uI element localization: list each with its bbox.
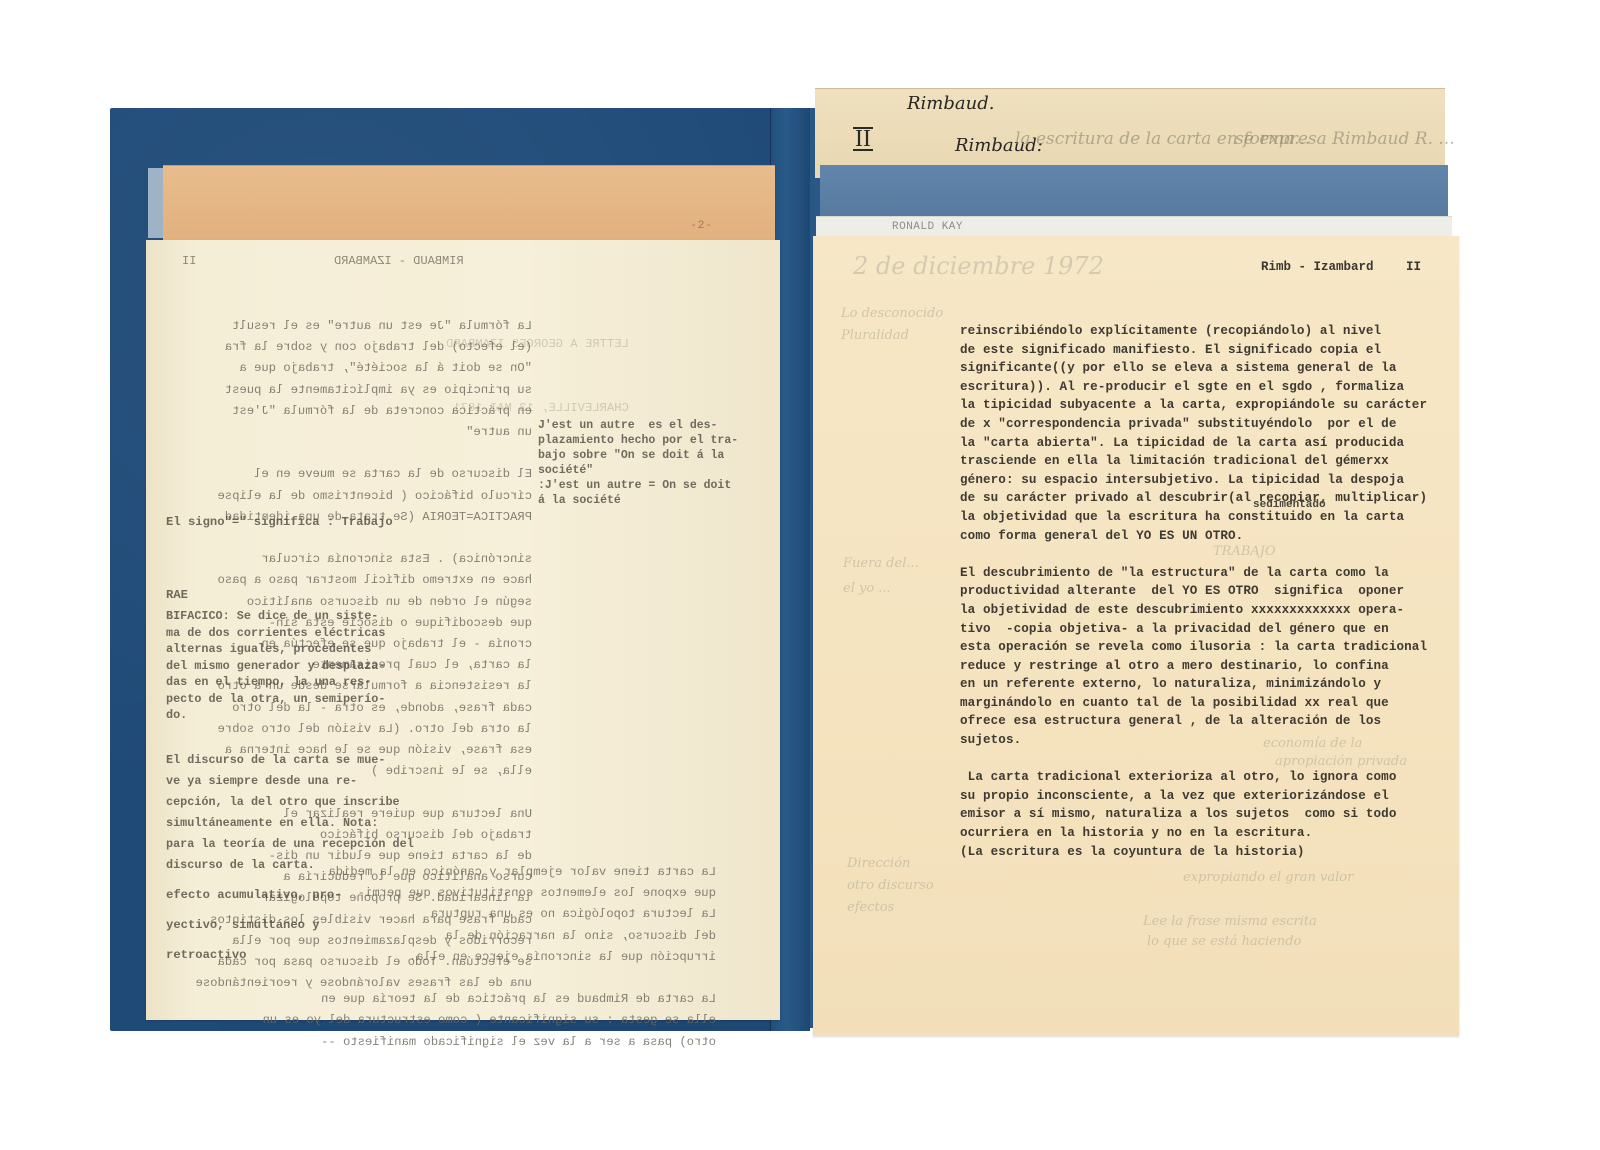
typed-line: ofrece esa estructura general , de la al… — [960, 712, 1440, 731]
text-line: ma de dos corrientes eléctricas — [166, 625, 385, 642]
mirrored-page-title: RIMBAUD - IZAMBARD — [334, 254, 464, 268]
typed-line: de este significado manifiesto. El signi… — [960, 341, 1440, 360]
typed-line: la objetividad que la escritura ha const… — [960, 508, 1440, 527]
pencil-note: Fuera del... — [843, 556, 919, 571]
text-line: yectivo, simultáneo y — [166, 910, 342, 940]
typed-line: de x "correspondencia privada" substituy… — [960, 415, 1440, 434]
typed-line: productividad alterante del YO ES OTRO s… — [960, 582, 1440, 601]
text-line: del mismo generador y desplaza- — [166, 658, 385, 675]
typed-line: (La escritura es la coyuntura de la hist… — [960, 843, 1440, 862]
text-line: discurso de la carta. — [166, 855, 414, 876]
handwritten-date: 2 de diciembre 1972 — [853, 252, 1104, 280]
page-header-title: Rimb - Izambard — [1261, 260, 1374, 274]
text-line: á la société — [538, 493, 738, 508]
typed-line: trasciende en ella la limitación tradici… — [960, 452, 1440, 471]
typed-line: marginándolo en cuanto tal de la posibil… — [960, 694, 1440, 713]
pencil-note: Lee la frase misma escrita — [1143, 914, 1317, 929]
typed-line: su propio inconsciente, a la vez que ext… — [960, 787, 1440, 806]
typed-line: género: su espacio intersubjetivo. La ti… — [960, 471, 1440, 490]
typed-line: escritura)). Al re-producir el sgte en e… — [960, 378, 1440, 397]
text-line: das en el tiempo, la una res- — [166, 674, 385, 691]
text-line: (el efecto) del trabajo con y sobre la f… — [166, 337, 532, 358]
pencil-note: lo que se está haciendo — [1147, 934, 1301, 949]
typed-page-right: 2 de diciembre 1972 Rimb - Izambard II L… — [813, 236, 1459, 1036]
page-section-number: II — [182, 254, 196, 268]
typed-line: ocurriera en la historia y no en la escr… — [960, 824, 1440, 843]
margin-note-efecto: efecto acumulativo, pro-yectivo, simultá… — [166, 880, 342, 970]
text-line: hace en extremo difícil mostrar paso a p… — [166, 570, 532, 591]
onionskin-page-left: II RIMBAUD - IZAMBARD LETTRE A GEORGES I… — [146, 240, 780, 1020]
typed-line: El descubrimiento de "la estructura" de … — [960, 564, 1440, 583]
pencil-note: Dirección — [847, 856, 910, 871]
text-line: do. — [166, 707, 385, 724]
blue-paper-sheet — [820, 165, 1448, 217]
pencil-note: el yo ... — [843, 581, 891, 596]
typed-line: La carta tradicional exterioriza al otro… — [960, 768, 1440, 787]
margin-note-signo: El signo"=" significa : Trabajo — [166, 512, 393, 533]
text-line: ella se gesta : su significante ( como e… — [176, 1010, 716, 1031]
text-line: círculo bifácico ( bicentrismo de la eli… — [166, 486, 532, 507]
text-line: El discurso de la carta se mue- — [166, 750, 414, 771]
typed-body-text: reinscribiéndolo explícitamente (recopiá… — [960, 322, 1440, 861]
page-header-number: II — [1406, 260, 1421, 274]
text-line: bajo sobre "On se doit á la — [538, 448, 738, 463]
typed-line: reduce y restringe al otro a mero destin… — [960, 657, 1440, 676]
pencil-note: Lo desconocido — [841, 306, 943, 321]
typed-line: en un referente externo, lo naturaliza, … — [960, 675, 1440, 694]
text-line: :J'est un autre = On se doit — [538, 478, 738, 493]
text-line: alternas iguales, procedentes — [166, 641, 385, 658]
kraft-page-number: -2- — [690, 220, 713, 232]
text-line: otro) pasa a ser a la vez el significado… — [176, 1032, 716, 1053]
text-line: en práctica concreta de la fórmula "J'es… — [166, 401, 532, 422]
typed-line: reinscribiéndolo explícitamente (recopiá… — [960, 322, 1440, 341]
roman-numeral-label: II — [853, 127, 873, 151]
pencil-note: Pluralidad — [841, 328, 909, 343]
typed-line: la tipicidad subyacente a la carta, expr… — [960, 396, 1440, 415]
typed-line: de su carácter privado al descubrir(al r… — [960, 489, 1440, 508]
text-line: J'est un autre es el des- — [538, 418, 738, 433]
typed-line — [960, 545, 1440, 564]
text-line: pecto de la otra, un semiperío- — [166, 691, 385, 708]
text-line — [166, 443, 532, 464]
typed-line: sujetos. — [960, 731, 1440, 750]
text-line: retroactivo — [166, 940, 342, 970]
text-line: sincrónica) . Esta sincronía circular — [166, 549, 532, 570]
typed-line: la objetividad de este descubrimiento xx… — [960, 601, 1440, 620]
typed-line: la "carta abierta". La tipicidad de la c… — [960, 434, 1440, 453]
typed-line: significante((y por ello se eleva a sist… — [960, 359, 1440, 378]
name-label-strip: RONALD KAY — [816, 216, 1452, 238]
handwritten-rimbaud-1: Rimbaud. — [907, 93, 994, 114]
typed-line: tivo -copia objetiva- a la privacidad de… — [960, 620, 1440, 639]
typed-line: como forma general del YO ES UN OTRO. — [960, 527, 1440, 546]
text-line: simultáneamente en ella. Nota: — [166, 813, 414, 834]
text-line: efecto acumulativo, pro- — [166, 880, 342, 910]
margin-note-bifacico: BIFACICO: Se dice de un siste-ma de dos … — [166, 608, 385, 724]
handwritten-faint-note-2: se expresa Rimbaud R. ... — [1235, 129, 1455, 149]
margin-note-jest: J'est un autre es el des-plazamiento hec… — [538, 418, 738, 508]
text-line: cepción, la del otro que inscribe — [166, 792, 414, 813]
text-line: "On se doit á la société", trabajo que a — [166, 358, 532, 379]
typed-line — [960, 750, 1440, 769]
text-line: BIFACICO: Se dice de un siste- — [166, 608, 385, 625]
kraft-paper-sheet: -2- — [163, 165, 775, 247]
margin-note-rae: RAE — [166, 585, 188, 606]
author-name-label: RONALD KAY — [892, 221, 963, 233]
margin-note-discurso: El discurso de la carta se mue-ve ya sie… — [166, 750, 414, 876]
text-line: El discurso de la carta se mueve en el — [166, 464, 532, 485]
pencil-note: otro discurso — [847, 878, 934, 893]
text-line: un autre" — [166, 422, 532, 443]
text-line: La fórmula "Je est un autre" es el resul… — [166, 316, 532, 337]
text-line: para la teoría de una recepción del — [166, 834, 414, 855]
interlinear-correction: sedimentado — [1253, 499, 1326, 511]
text-line: plazamiento hecho por el tra- — [538, 433, 738, 448]
text-line: su principio es ya implícitamente la pue… — [166, 380, 532, 401]
pencil-note: efectos — [847, 900, 894, 915]
text-line: société" — [538, 463, 738, 478]
text-line: La carta de Rimbaud es la práctica de la… — [176, 989, 716, 1010]
text-line — [176, 968, 716, 989]
pencil-note: expropiando el gran valor — [1183, 870, 1353, 885]
text-line: ve ya siempre desde una re- — [166, 771, 414, 792]
typed-line: esta operación se revela como ilusoria :… — [960, 638, 1440, 657]
typed-line: emisor a sí mismo, naturaliza a los suje… — [960, 805, 1440, 824]
